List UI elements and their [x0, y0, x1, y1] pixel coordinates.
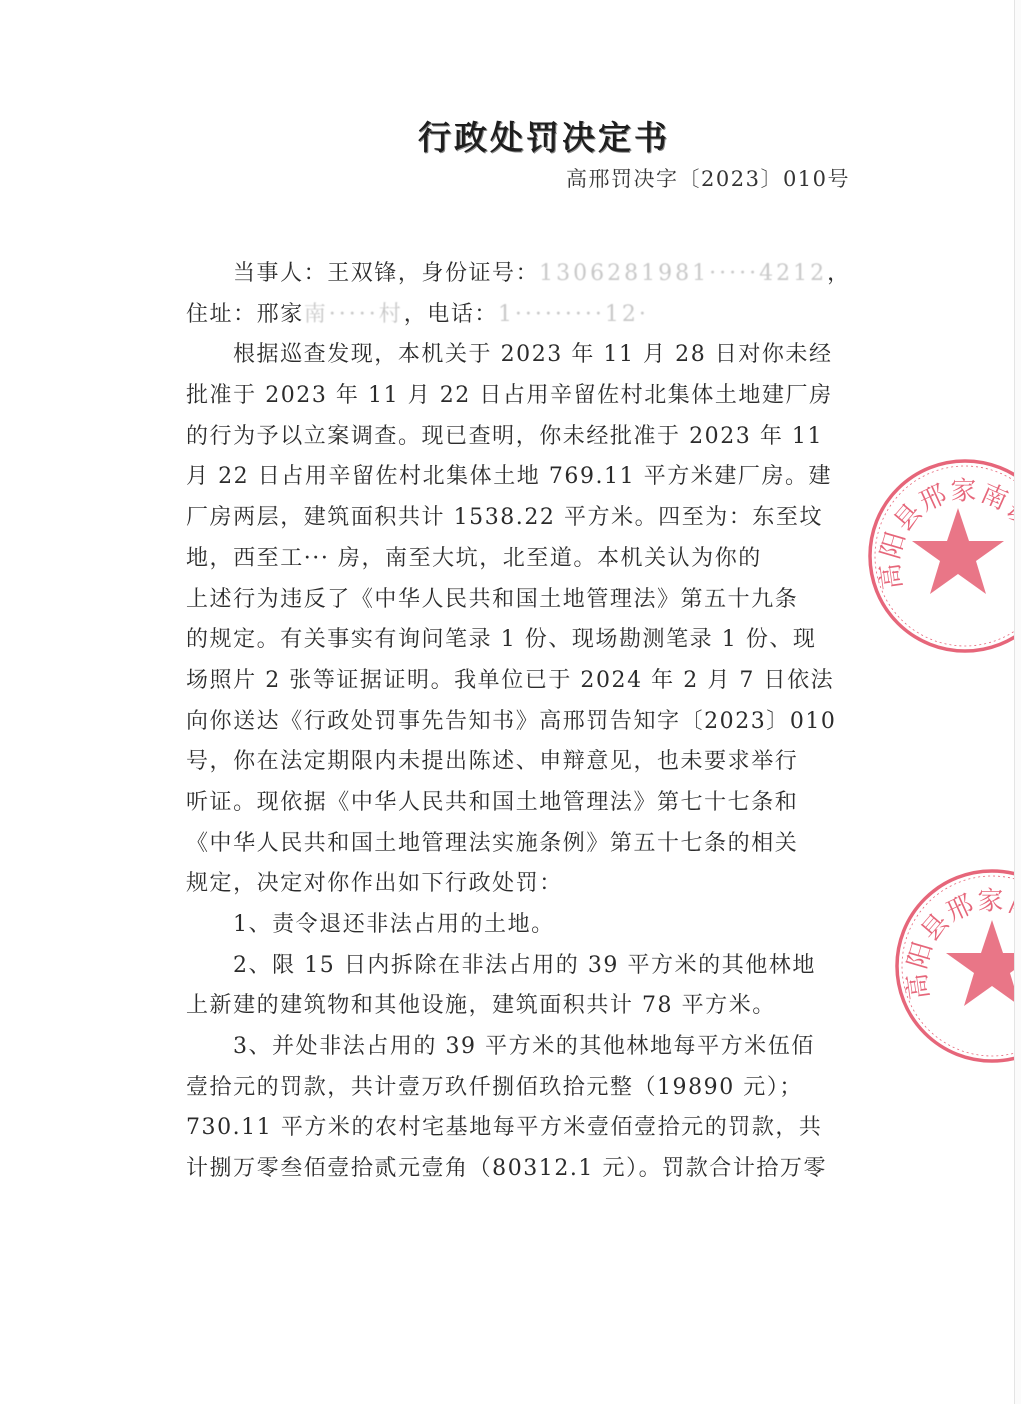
body-line: 730.11 平方米的农村宅基地每平方米壹佰壹拾元的罚款，共 — [186, 1108, 886, 1149]
party-label: 当事人： — [233, 261, 327, 286]
body-line: 根据巡查发现，本机关于 2023 年 11 月 28 日对你未经 — [186, 335, 886, 376]
address-redacted: 南·····村 — [304, 295, 404, 336]
document-body: 当事人：王双锋，身份证号：1306281981·····4212， 住址：邢家南… — [186, 254, 886, 1190]
body-line: 厂房两层，建筑面积共计 1538.22 平方米。四至为：东至坟 — [186, 498, 886, 539]
body-line: 听证。现依据《中华人民共和国土地管理法》第七十七条和 — [186, 783, 886, 824]
page-edge-line — [1014, 0, 1015, 1404]
svg-text:高阳县邢家南镇人民政府: 高阳县邢家南镇人民政府 — [894, 868, 1014, 1001]
body-line: 向你送达《行政处罚事先告知书》高邢罚告知字〔2023〕010 — [186, 702, 886, 743]
body-line: 批准于 2023 年 11 月 22 日占用辛留佐村北集体土地建厂房 — [186, 376, 886, 417]
phone-redacted: 1·········12· — [498, 295, 649, 336]
seal-text: 高阳县邢家南镇人民政府 — [867, 458, 1014, 591]
seal-text: 高阳县邢家南镇人民政府 — [894, 868, 1014, 1001]
body-line: 《中华人民共和国土地管理法实施条例》第五十七条的相关 — [186, 824, 886, 865]
address-line: 住址：邢家南·····村，电话：1·········12· — [186, 295, 886, 336]
official-seal-icon: 高阳县邢家南镇人民政府 — [894, 868, 1014, 1064]
penalty-item-1: 1、责令退还非法占用的土地。 — [186, 905, 886, 946]
body-line: 号，你在法定期限内未提出陈述、申辩意见，也未要求举行 — [186, 742, 886, 783]
body-line: 计捌万零叁佰壹拾贰元壹角（80312.1 元）。罚款合计拾万零 — [186, 1149, 886, 1190]
penalty-item-2: 2、限 15 日内拆除在非法占用的 39 平方米的其他林地 — [186, 946, 886, 987]
address-label: 住址： — [186, 302, 257, 327]
id-label: ，身份证号： — [398, 261, 539, 286]
document-title: 行政处罚决定书 — [418, 116, 688, 160]
document-number: 高邢罚决字〔2023〕010号 — [566, 164, 850, 194]
scan-margin — [1015, 0, 1021, 1404]
body-line: 规定，决定对你作出如下行政处罚： — [186, 864, 886, 905]
penalty-item-3: 3、并处非法占用的 39 平方米的其他林地每平方米伍佰 — [186, 1027, 886, 1068]
body-line: 的规定。有关事实有询问笔录 1 份、现场勘测笔录 1 份、现 — [186, 620, 886, 661]
body-line: 场照片 2 张等证据证明。我单位已于 2024 年 2 月 7 日依法 — [186, 661, 886, 702]
svg-text:高阳县邢家南镇人民政府: 高阳县邢家南镇人民政府 — [867, 458, 1014, 591]
trailing-comma: ， — [827, 261, 851, 286]
body-line: 上述行为违反了《中华人民共和国土地管理法》第五十九条 — [186, 580, 886, 621]
official-seal-icon: 高阳县邢家南镇人民政府 — [867, 458, 1014, 654]
id-number-redacted: 1306281981·····4212 — [539, 254, 827, 295]
phone-label: ，电话： — [404, 302, 498, 327]
address-visible: 邢家 — [257, 302, 304, 327]
body-line: 月 22 日占用辛留佐村北集体土地 769.11 平方米建厂房。建 — [186, 457, 886, 498]
party-line: 当事人：王双锋，身份证号：1306281981·····4212， — [186, 254, 886, 295]
body-line: 的行为予以立案调查。现已查明，你未经批准于 2023 年 11 — [186, 417, 886, 458]
seal-bottom-clip: 高阳县邢家南镇人民政府 — [885, 860, 1014, 1075]
body-line: 上新建的建筑物和其他设施，建筑面积共计 78 平方米。 — [186, 986, 886, 1027]
party-name: 王双锋 — [327, 261, 398, 286]
body-line: 壹拾元的罚款，共计壹万玖仟捌佰玖拾元整（19890 元）； — [186, 1068, 886, 1109]
body-line: 地，西至工··· 房，南至大坑，北至道。本机关认为你的 — [186, 539, 886, 580]
